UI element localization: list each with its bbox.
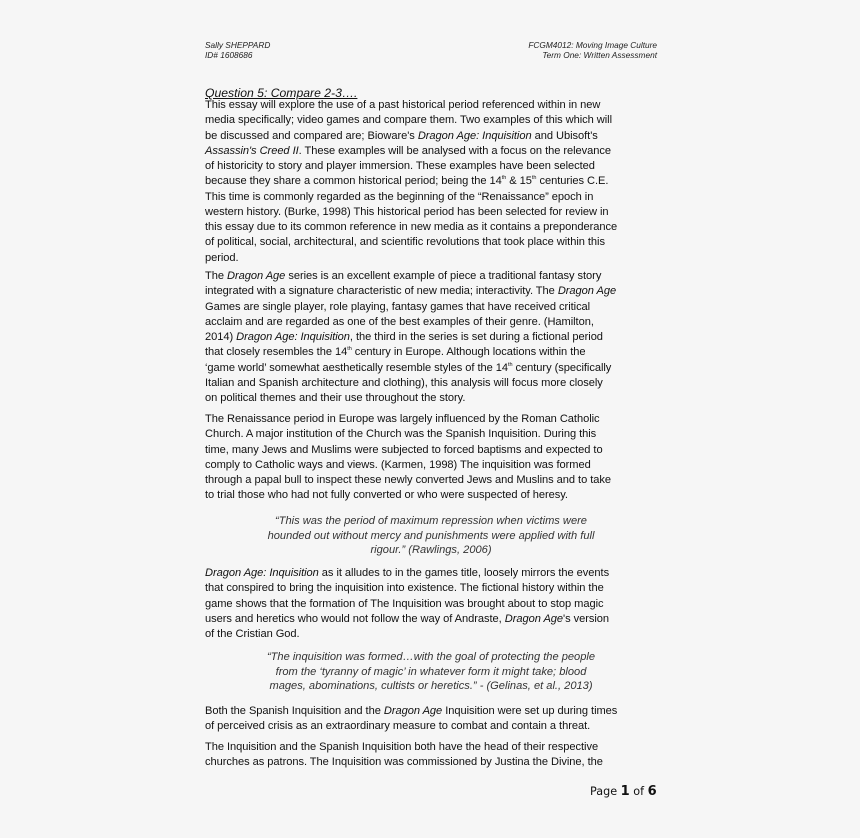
text-line: to trial those who had not fully convert…	[205, 488, 611, 503]
course-title: FCGM4012: Moving Image Culture	[528, 40, 657, 50]
student-id: ID# 1608686	[205, 50, 270, 60]
paragraph-patrons: The Inquisition and the Spanish Inquisit…	[205, 740, 603, 771]
text-line: of historicity to story and player immer…	[205, 159, 617, 174]
title-emphasis: Dragon Age	[505, 613, 563, 625]
text-line: The Inquisition and the Spanish Inquisit…	[205, 740, 603, 755]
title-emphasis: Dragon Age: Inquisition	[236, 331, 350, 343]
text-line: that conspired to bring the inquisition …	[205, 581, 609, 596]
text-line: Dragon Age: Inquisition as it alludes to…	[205, 566, 609, 581]
text-line: “This was the period of maximum repressi…	[205, 514, 657, 529]
text-line: be discussed and compared are; Bioware's…	[205, 129, 617, 144]
title-emphasis: Dragon Age	[384, 705, 442, 717]
ordinal-suffix: th	[347, 346, 352, 352]
paragraph-dragon-age: The Dragon Age series is an excellent ex…	[205, 269, 616, 406]
text-line: comply to Catholic ways and views. (Karm…	[205, 458, 611, 473]
text-line: on political themes and their use throug…	[205, 391, 616, 406]
current-page: 1	[621, 784, 630, 799]
text-line: media specifically; video games and comp…	[205, 113, 617, 128]
title-emphasis: Dragon Age: Inquisition	[205, 567, 319, 579]
page-number: Page 1 of 6	[590, 784, 657, 799]
author-name: Sally SHEPPARD	[205, 40, 270, 50]
ordinal-suffix: th	[502, 175, 507, 181]
title-emphasis: Assassin's Creed II	[205, 145, 299, 157]
text-line: This essay will explore the use of a pas…	[205, 98, 617, 113]
paragraph-inquisition-mirror: Dragon Age: Inquisition as it alludes to…	[205, 566, 609, 642]
assessment-title: Term One: Written Assessment	[528, 50, 657, 60]
text-line: Church. A major institution of the Churc…	[205, 427, 611, 442]
paragraph-renaissance: The Renaissance period in Europe was lar…	[205, 412, 611, 504]
paragraph-intro: This essay will explore the use of a pas…	[205, 98, 617, 266]
text-line: 2014) Dragon Age: Inquisition, the third…	[205, 330, 616, 345]
title-emphasis: Dragon Age	[227, 270, 285, 282]
text-line: of the Cristian God.	[205, 627, 609, 642]
header-right: FCGM4012: Moving Image Culture Term One:…	[528, 40, 657, 60]
block-quote-rawlings: “This was the period of maximum repressi…	[205, 514, 657, 558]
text-line: this essay due to its common reference i…	[205, 220, 617, 235]
header-left: Sally SHEPPARD ID# 1608686	[205, 40, 270, 60]
text-line: western history. (Burke, 1998) This hist…	[205, 205, 617, 220]
text-line: through a papal bull to inspect these ne…	[205, 473, 611, 488]
text-line: because they share a common historical p…	[205, 174, 617, 189]
text-line: of perceived crisis as an extraordinary …	[205, 719, 617, 734]
text-line: time, many Jews and Muslims were subject…	[205, 443, 611, 458]
text-line: This time is commonly regarded as the be…	[205, 190, 617, 205]
text-line: The Dragon Age series is an excellent ex…	[205, 269, 616, 284]
text-line: rigour.” (Rawlings, 2006)	[205, 543, 657, 558]
total-pages: 6	[648, 784, 657, 799]
text-line: that closely resembles the 14th century …	[205, 345, 616, 360]
text-line: Italian and Spanish architecture and clo…	[205, 376, 616, 391]
page-label: Page	[590, 785, 617, 798]
title-emphasis: Dragon Age: Inquisition	[418, 130, 532, 142]
text-line: Both the Spanish Inquisition and the Dra…	[205, 704, 617, 719]
block-quote-gelinas: “The inquisition was formed…with the goa…	[205, 650, 657, 694]
page-header: Sally SHEPPARD ID# 1608686 FCGM4012: Mov…	[205, 40, 657, 60]
document-page: Sally SHEPPARD ID# 1608686 FCGM4012: Mov…	[205, 40, 657, 101]
text-line: game shows that the formation of The Inq…	[205, 597, 609, 612]
text-line: Assassin's Creed II. These examples will…	[205, 144, 617, 159]
ordinal-suffix: th	[508, 362, 513, 368]
text-line: churches as patrons. The Inquisition was…	[205, 755, 603, 770]
title-emphasis: Dragon Age	[558, 285, 616, 297]
text-line: “The inquisition was formed…with the goa…	[205, 650, 657, 665]
text-line: from the ‘tyranny of magic’ in whatever …	[205, 665, 657, 680]
text-line: hounded out without mercy and punishment…	[205, 529, 657, 544]
text-line: acclaim and are regarded as one of the b…	[205, 315, 616, 330]
text-line: period.	[205, 251, 617, 266]
text-line: users and heretics who would not follow …	[205, 612, 609, 627]
text-line: The Renaissance period in Europe was lar…	[205, 412, 611, 427]
text-line: ‘game world’ somewhat aesthetically rese…	[205, 361, 616, 376]
text-line: Games are single player, role playing, f…	[205, 300, 616, 315]
paragraph-crisis: Both the Spanish Inquisition and the Dra…	[205, 704, 617, 735]
text-line: integrated with a signature characterist…	[205, 284, 616, 299]
of-label: of	[633, 785, 644, 798]
ordinal-suffix: th	[532, 175, 537, 181]
text-line: of political, social, architectural, and…	[205, 235, 617, 250]
text-line: mages, abominations, cultists or heretic…	[205, 679, 657, 694]
